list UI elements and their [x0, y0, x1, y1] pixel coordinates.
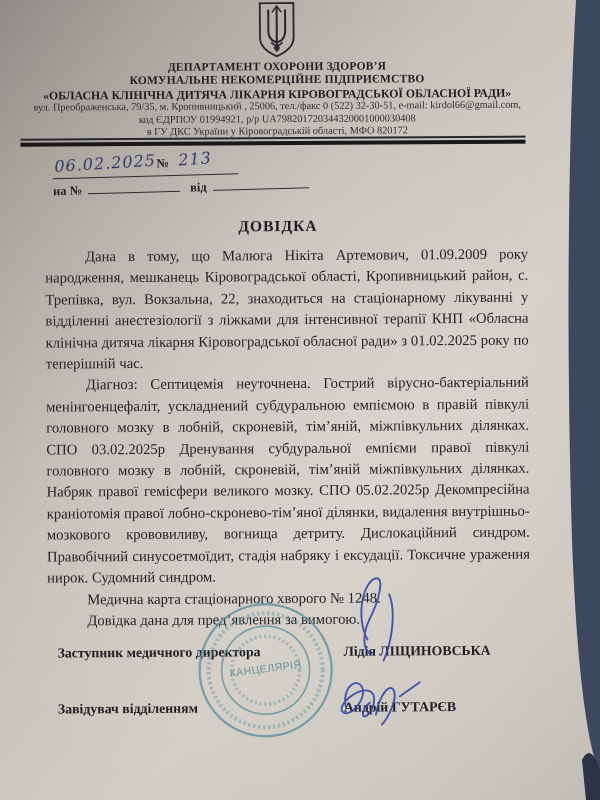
number-sign: №	[156, 156, 169, 171]
reply-date-blank	[212, 175, 308, 191]
signature-dash	[400, 682, 420, 696]
handwritten-number: 213	[178, 148, 213, 170]
reply-label: на №	[53, 183, 83, 198]
ukraine-trident-emblem-icon	[248, 2, 306, 58]
document-body: Дана в тому, що Малюга Нікіта Артемович,…	[45, 245, 530, 633]
letterhead-divider	[20, 136, 525, 147]
reference-block: 06.02.2025 № 213 на №від	[52, 145, 313, 199]
handwritten-date: 06.02.2025	[54, 151, 157, 176]
signature-name-head: Андрій ГУТАРЄВ	[344, 699, 456, 716]
reply-from-label: від	[190, 180, 207, 194]
document-photo: ДЕПАРТАМЕНТ ОХОРОНИ ЗДОРОВ’Я КОМУНАЛЬНЕ …	[0, 0, 600, 800]
outgoing-number-line: 06.02.2025 № 213	[52, 147, 239, 179]
letterhead: ДЕПАРТАМЕНТ ОХОРОНИ ЗДОРОВ’Я КОМУНАЛЬНЕ …	[18, 0, 537, 140]
reply-number-blank	[88, 179, 180, 194]
document-title: ДОВІДКА	[19, 217, 537, 238]
certificate-content: ДЕПАРТАМЕНТ ОХОРОНИ ЗДОРОВ’Я КОМУНАЛЬНЕ …	[0, 0, 600, 800]
paragraph-patient-info: Дана в тому, що Малюга Нікіта Артемович,…	[45, 245, 529, 376]
paragraph-diagnosis: Діагноз: Септицемія неуточнена. Гострий …	[46, 373, 530, 590]
reply-reference-line: на №від	[53, 175, 313, 199]
office-round-stamp: КАНЦЕЛЯРІЯ	[195, 600, 336, 741]
signature-name-deputy: Лідія ЛІЩИНОВСЬКА	[343, 643, 490, 660]
